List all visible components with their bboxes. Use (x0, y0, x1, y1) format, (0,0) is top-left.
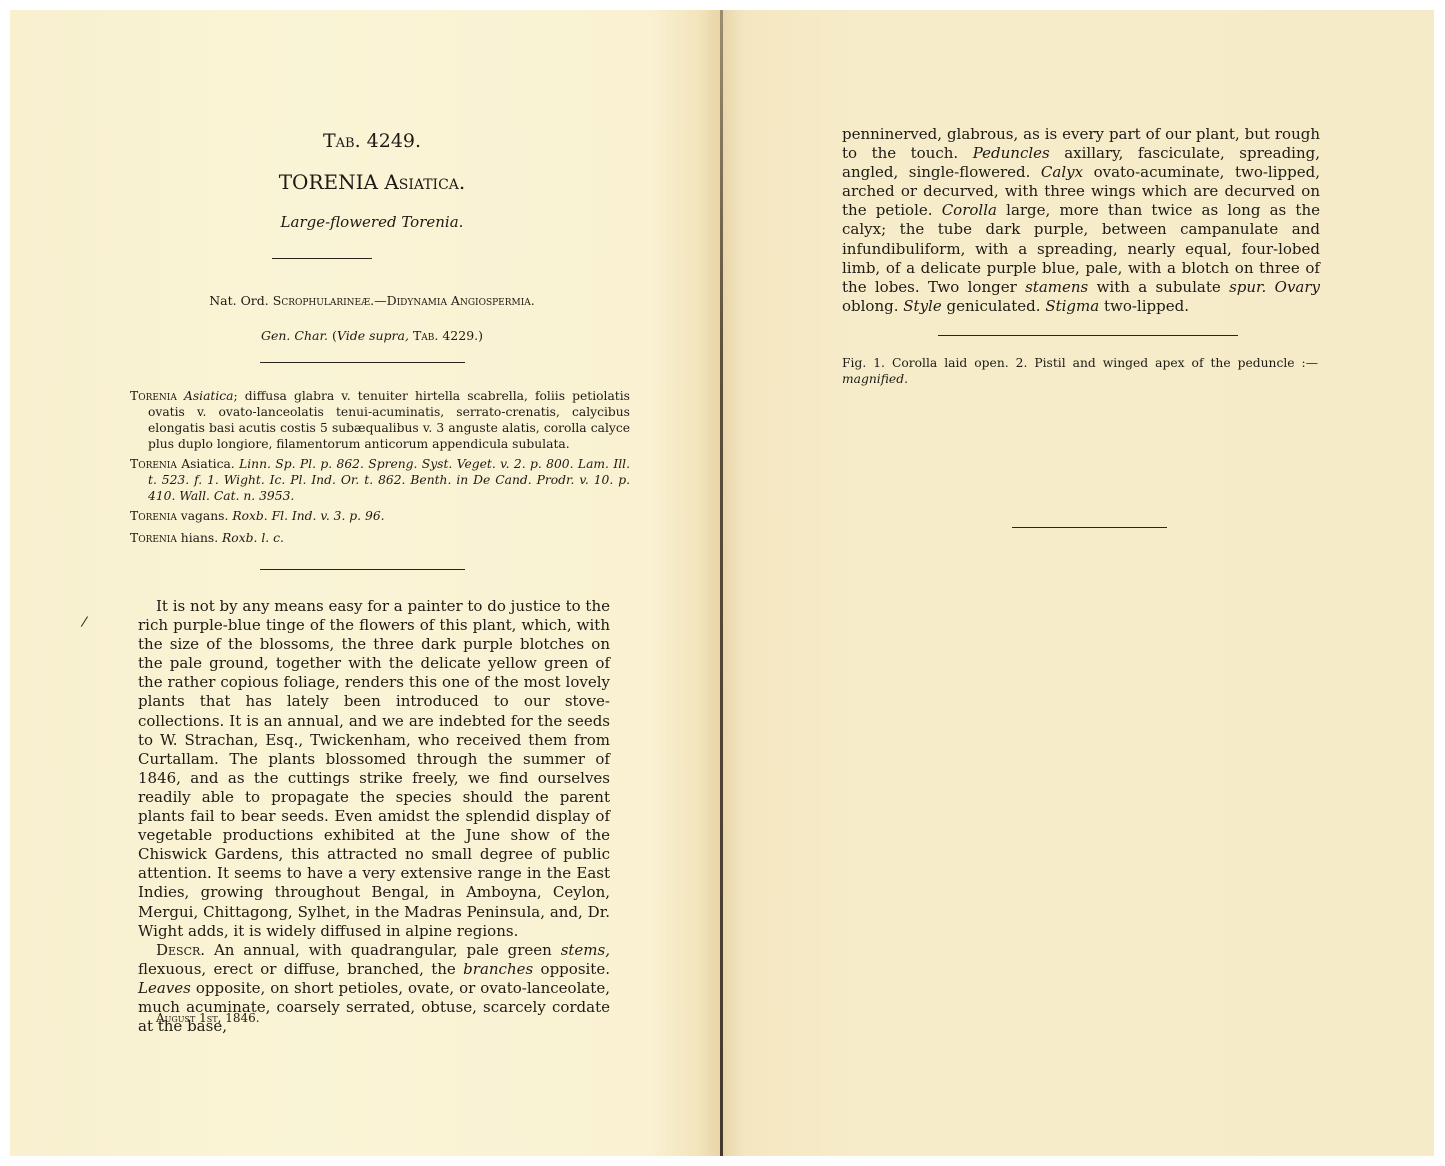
generic-character: Gen. Char. (Vide supra, Tab. 4229.) (122, 328, 622, 343)
species-epithet: Asiatica. (384, 170, 465, 194)
main-text: It is not by any means easy for a painte… (138, 597, 610, 1036)
synonym-entry: Torenia vagans. Roxb. Fl. Ind. v. 3. p. … (130, 508, 630, 524)
description-continued: penninerved, glabrous, as is every part … (842, 125, 1320, 316)
term-spur: spur. (1229, 278, 1266, 296)
synonym-genus: Torenia (130, 509, 177, 523)
term-style: Style (903, 297, 941, 315)
divider (260, 569, 465, 570)
synonym-name: Asiatica (184, 389, 234, 403)
descr-text: An annual, with quadrangular, pale green (214, 941, 552, 959)
synonym-entry: Torenia Asiatica. Linn. Sp. Pl. p. 862. … (130, 456, 630, 504)
term-ovary: Ovary (1275, 278, 1320, 296)
descr-text: opposite, on short petioles, ovate, or o… (138, 979, 610, 1035)
descr-text: opposite. (541, 960, 610, 978)
linnaean-class: Didynamia Angiospermia. (387, 293, 535, 308)
book-spread: Tab. 4249. TORENIA Asiatica. Large-flowe… (10, 10, 1434, 1156)
synonym-genus: Torenia (130, 457, 177, 471)
descr-label: Descr. (156, 941, 205, 959)
term-stigma: Stigma (1045, 297, 1099, 315)
text: with a subulate (1097, 278, 1221, 296)
synonym-refs: Roxb. Fl. Ind. v. 3. p. 96. (232, 509, 384, 523)
plate-number: Tab. 4249. (122, 130, 622, 152)
text: two-lipped. (1104, 297, 1189, 315)
synonym-refs: Roxb. l. c. (222, 531, 284, 545)
divider (938, 335, 1238, 336)
figure-caption: Fig. 1. Corolla laid open. 2. Pistil and… (842, 355, 1318, 387)
synonym-entry: Torenia hians. Roxb. l. c. (130, 530, 630, 546)
tab-ref: Tab. 4229.) (413, 328, 483, 343)
separator: — (374, 293, 387, 308)
caption-text: Fig. 1. Corolla laid open. 2. Pistil and… (842, 356, 1318, 370)
gen-char-label: Gen. Char. (261, 328, 328, 343)
divider (272, 258, 372, 259)
species-title: TORENIA Asiatica. (122, 170, 622, 194)
paragraph-intro: It is not by any means easy for a painte… (138, 597, 610, 941)
term-stamens: stamens (1025, 278, 1088, 296)
natural-order: Nat. Ord. Scrophularineæ.—Didynamia Angi… (122, 293, 622, 308)
term-corolla: Corolla (942, 201, 997, 219)
left-page: Tab. 4249. TORENIA Asiatica. Large-flowe… (10, 10, 722, 1156)
text: geniculated. (947, 297, 1041, 315)
term-branches: branches (463, 960, 533, 978)
divider (260, 362, 465, 363)
term-stems: stems, (561, 941, 610, 959)
right-page: penninerved, glabrous, as is every part … (722, 10, 1434, 1156)
nat-ord-value: Scrophularineæ. (273, 293, 374, 308)
synonym-entry: Torenia Asiatica; diffusa glabra v. tenu… (130, 388, 630, 452)
synonym-name: Asiatica. (181, 457, 234, 471)
common-name: Large-flowered Torenia. (122, 213, 622, 231)
synonym-genus: Torenia (130, 389, 177, 403)
synonym-name: vagans. (181, 509, 229, 523)
nat-ord-label: Nat. Ord. (209, 293, 269, 308)
term-peduncles: Peduncles (973, 144, 1050, 162)
caption-magnified: magnified. (842, 372, 908, 386)
vide-supra: Vide supra, (337, 328, 409, 343)
publication-date: August 1st, 1846. (156, 1011, 260, 1025)
term-calyx: Calyx (1041, 163, 1083, 181)
term-leaves: Leaves (138, 979, 191, 997)
text: oblong. (842, 297, 899, 315)
stray-mark: / (80, 614, 89, 631)
genus-name: TORENIA (279, 170, 378, 194)
descr-text: flexuous, erect or diffuse, branched, th… (138, 960, 456, 978)
divider (1012, 527, 1167, 528)
synonym-genus: Torenia (130, 531, 177, 545)
synonym-name: hians. (181, 531, 218, 545)
